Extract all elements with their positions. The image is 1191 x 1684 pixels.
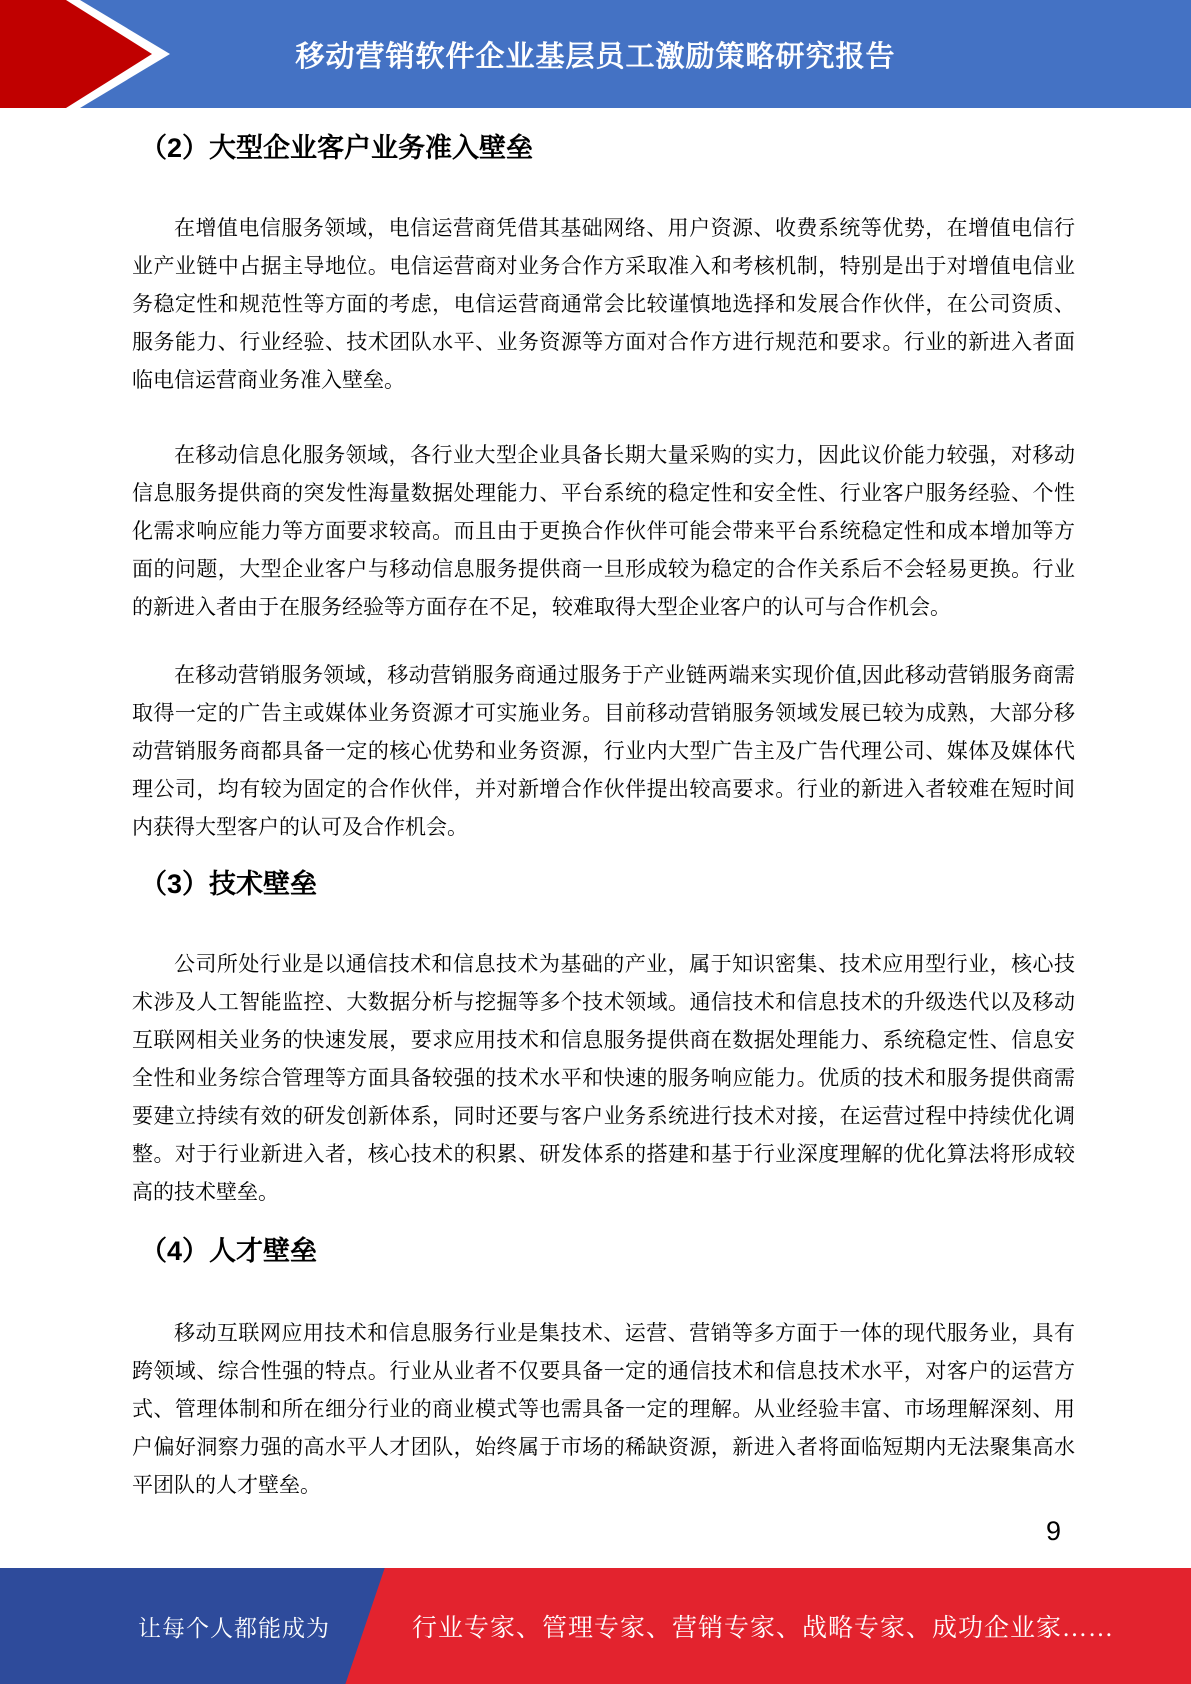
page-number: 9	[132, 1512, 1061, 1550]
paragraph: 移动互联网应用技术和信息服务行业是集技术、运营、营销等多方面于一体的现代服务业，…	[132, 1314, 1075, 1504]
section-heading-2: （2）大型企业客户业务准入壁垒	[140, 130, 1075, 166]
section-heading-4: （4）人才壁垒	[140, 1233, 1075, 1269]
paragraph: 在移动营销服务领域，移动营销服务商通过服务于产业链两端来实现价值,因此移动营销服…	[132, 656, 1075, 846]
paragraph: 在增值电信服务领域，电信运营商凭借其基础网络、用户资源、收费系统等优势，在增值电…	[132, 209, 1075, 399]
document-body: （2）大型企业客户业务准入壁垒 在增值电信服务领域，电信运营商凭借其基础网络、用…	[0, 130, 1191, 1550]
footer-slogan-right: 行业专家、管理专家、营销专家、战略专家、成功企业家……	[412, 1568, 1114, 1684]
footer-banner: 让每个人都能成为 行业专家、管理专家、营销专家、战略专家、成功企业家……	[0, 1568, 1191, 1684]
paragraph: 在移动信息化服务领域，各行业大型企业具备长期大量采购的实力，因此议价能力较强，对…	[132, 436, 1075, 626]
header-banner: 移动营销软件企业基层员工激励策略研究报告	[0, 0, 1191, 108]
report-page: 移动营销软件企业基层员工激励策略研究报告 （2）大型企业客户业务准入壁垒 在增值…	[0, 0, 1191, 1684]
footer-slogan-left: 让每个人都能成为	[138, 1568, 330, 1684]
paragraph: 公司所处行业是以通信技术和信息技术为基础的产业，属于知识密集、技术应用型行业，核…	[132, 945, 1075, 1211]
page-title: 移动营销软件企业基层员工激励策略研究报告	[0, 0, 1191, 108]
section-heading-3: （3）技术壁垒	[140, 866, 1075, 902]
